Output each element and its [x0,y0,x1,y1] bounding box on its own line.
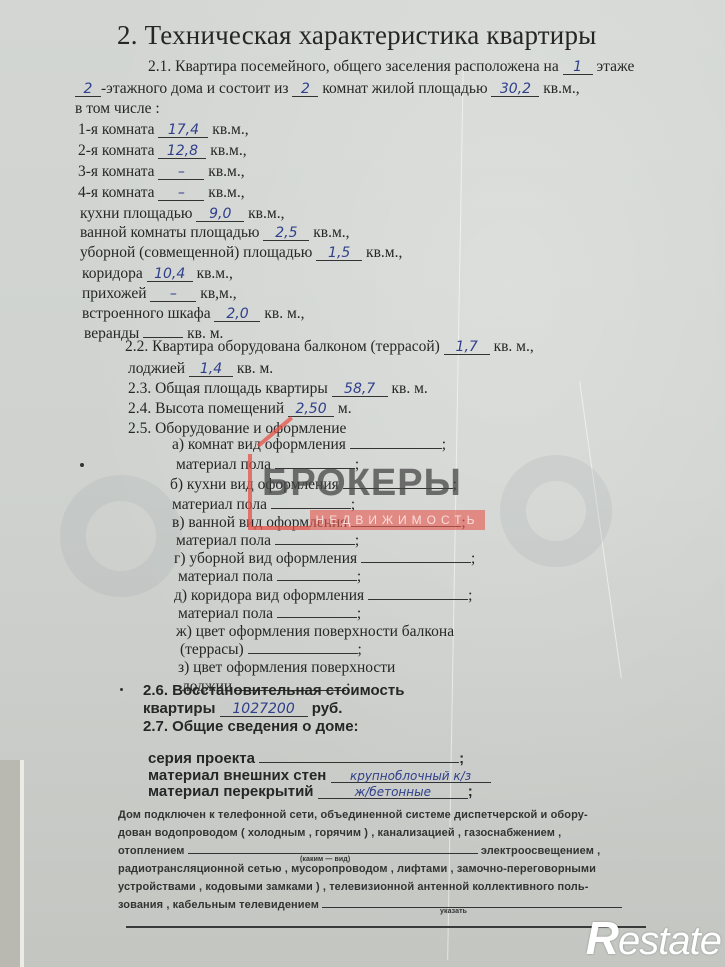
finishing-value-field[interactable] [248,653,358,654]
wall-material-field[interactable]: крупноблочный к/з [331,770,491,783]
finishing-value-field[interactable] [343,488,453,489]
restate-logo: Restate [586,911,721,965]
floor-field[interactable]: 1 [563,60,593,75]
rooms-field[interactable]: 2 [292,82,318,97]
area-unit: кв,м., [200,285,236,302]
area-unit: кв.м., [212,121,248,138]
row-terminator: ; [442,436,446,453]
footer-note-1: (каким — вид) [300,856,350,863]
finishing-label: материал пола [176,532,271,549]
series-line: серия проекта ; [148,750,464,767]
page-title: 2. Техническая характеристика квартиры [117,20,596,51]
row-terminator: ; [471,550,475,567]
row-terminator: ; [357,605,361,622]
area-unit: кв.м., [210,142,246,159]
finishing-row: з) цвет оформления поверхности [178,659,395,677]
area-label: 2-я комната [78,142,155,159]
area-value-field[interactable]: 1,5 [316,246,362,261]
finishing-label: а) комнат вид оформления [172,436,346,453]
s27-heading: 2.7. Общие сведения о доме: [143,718,359,735]
area-value-field[interactable]: – [158,165,204,180]
finishing-label: (террасы) [180,641,244,658]
ceiling-material-field[interactable]: ж/бетонные [318,786,468,799]
area-unit: кв.м., [248,205,284,222]
finishing-value-field[interactable] [277,580,357,581]
finishing-label: ж) цвет оформления поверхности балкона [176,623,454,640]
total-area-field[interactable]: 58,7 [332,382,388,397]
area-value-field[interactable]: 2,5 [263,226,309,241]
finishing-value-field[interactable] [351,526,461,527]
footer-line-1: Дом подключен к телефонной сети, объедин… [118,809,588,821]
row-terminator: ; [355,532,359,549]
area-value-field[interactable]: 12,8 [158,144,206,159]
area-row: встроенного шкафа 2,0 кв. м., [82,305,305,323]
area-unit: кв.м., [197,265,233,282]
row-terminator: ; [461,514,465,531]
finishing-row: в) ванной вид оформления ; [172,514,466,532]
area-unit: кв.м., [313,224,349,241]
area-row: уборной (совмещенной) площадью 1,5 кв.м.… [80,244,402,262]
finishing-row: материал пола ; [178,568,361,586]
area-label: 4-я комната [78,184,155,201]
including-label: в том числе : [75,100,160,118]
s22-line1: 2.2. Квартира оборудована балконом (терр… [125,338,534,356]
area-unit: кв.м., [208,163,244,180]
finishing-row: материал пола ; [176,456,359,474]
area-unit: кв. м., [264,305,304,322]
finishing-row: материал пола ; [176,532,359,550]
area-value-field[interactable]: 10,4 [147,267,193,282]
finishing-value-field[interactable] [361,562,471,563]
s21-line2: 2-этажного дома и состоит из 2 комнат жи… [75,80,580,98]
ceiling-height-field[interactable]: 2,50 [288,402,334,417]
balcony-area-field[interactable]: 1,7 [444,340,490,355]
area-label: коридора [82,265,143,282]
document-page: 2. Техническая характеристика квартиры 2… [0,0,725,967]
project-series-field[interactable] [259,762,459,763]
loggia-area-field[interactable]: 1,4 [189,362,233,377]
footer-line-6: зования , кабельным телевидением [118,899,622,911]
area-unit: кв.м., [366,244,402,261]
footer-line-2: дован водопроводом ( холодным , горячим … [118,827,561,839]
footer-line-4: радиотрансляционной сетью , мусоропровод… [118,863,596,875]
area-label: кухни площадью [80,205,192,222]
area-label: прихожей [82,285,147,302]
area-label: 3-я комната [78,163,155,180]
finishing-value-field[interactable] [275,468,355,469]
row-terminator: ; [468,587,472,604]
row-terminator: ; [357,568,361,585]
finishing-label: д) коридора вид оформления [174,587,364,604]
area-label: ванной комнаты площадью [80,224,259,241]
finishing-value-field[interactable] [350,448,442,449]
footer-note-2: указать [440,908,467,915]
finishing-row: б) кухни вид оформления ; [170,476,457,494]
area-row: 1-я комната 17,4 кв.м., [78,121,249,139]
area-row: 4-я комната – кв.м., [78,184,245,202]
finishing-label: материал пола [178,568,273,585]
area-value-field[interactable]: 17,4 [158,123,208,138]
paper-crease [579,381,622,678]
footer-line-5: устройствами , кодовыми замками ) , теле… [118,881,589,893]
ink-dot [80,463,84,467]
footer-line-3: отоплением электроосвещением , [118,845,600,857]
area-value-field[interactable]: – [158,186,204,201]
finishing-row: д) коридора вид оформления ; [174,587,472,605]
paper-crease [447,60,464,960]
area-value-field[interactable]: 9,0 [196,207,244,222]
area-label: встроенного шкафа [82,305,211,322]
area-row: коридора 10,4 кв.м., [82,265,233,283]
finishing-label: б) кухни вид оформления [170,476,339,493]
storeys-field[interactable]: 2 [75,82,101,97]
area-value-field[interactable]: 2,0 [214,307,260,322]
area-label: 1-я комната [78,121,155,138]
s26-value-line: квартиры 1027200 руб. [143,700,342,717]
area-unit: кв.м., [208,184,244,201]
ink-dot [120,688,123,691]
s24-ceiling-height: 2.4. Высота помещений 2,50 м. [128,400,352,418]
restoration-cost-field[interactable]: 1027200 [220,702,308,717]
area-row: 3-я комната – кв.м., [78,163,245,181]
finishing-value-field[interactable] [271,508,351,509]
row-terminator: ; [351,496,355,513]
area-row: кухни площадью 9,0 кв.м., [80,205,284,223]
living-area-field[interactable]: 30,2 [491,82,539,97]
finishing-row: а) комнат вид оформления ; [172,436,446,454]
area-row: прихожей – кв,м., [82,285,237,303]
walls-line: материал внешних стен крупноблочный к/з [148,767,491,784]
finishing-row: материал пола ; [172,496,355,514]
cable-tv-field[interactable] [322,907,622,908]
area-row: ванной комнаты площадью 2,5 кв.м., [80,224,350,242]
finishing-value-field[interactable] [277,617,357,618]
heating-field[interactable] [188,853,478,854]
finishing-label: материал пола [172,496,267,513]
footer-blank-line [126,926,646,928]
finishing-label: материал пола [178,605,273,622]
finishing-row: материал пола ; [178,605,361,623]
area-label: уборной (совмещенной) площадью [80,244,312,261]
finishing-label: в) ванной вид оформления [172,514,347,531]
finishing-label: материал пола [176,456,271,473]
finishing-row: ж) цвет оформления поверхности балкона [176,623,454,641]
row-terminator: ; [355,456,359,473]
s21-line1: 2.1. Квартира посемейного, общего заселе… [148,58,634,76]
s26-heading: 2.6. Восстановительная стоимость [143,682,404,699]
row-terminator: ; [358,641,362,658]
finishing-label: з) цвет оформления поверхности [178,659,395,676]
finishing-value-field[interactable] [275,544,355,545]
s22-line2: лоджией 1,4 кв. м. [128,360,273,378]
s23-total-area: 2.3. Общая площадь квартиры 58,7 кв. м. [128,380,428,398]
row-terminator: ; [453,476,457,493]
finishing-row: г) уборной вид оформления ; [174,550,475,568]
area-value-field[interactable]: – [150,287,196,302]
ceilings-line: материал перекрытий ж/бетонные; [148,783,473,800]
finishing-row: (террасы) ; [180,641,362,659]
finishing-value-field[interactable] [368,599,468,600]
area-row: 2-я комната 12,8 кв.м., [78,142,247,160]
torn-paper-edge [0,760,24,967]
finishing-label: г) уборной вид оформления [174,550,357,567]
